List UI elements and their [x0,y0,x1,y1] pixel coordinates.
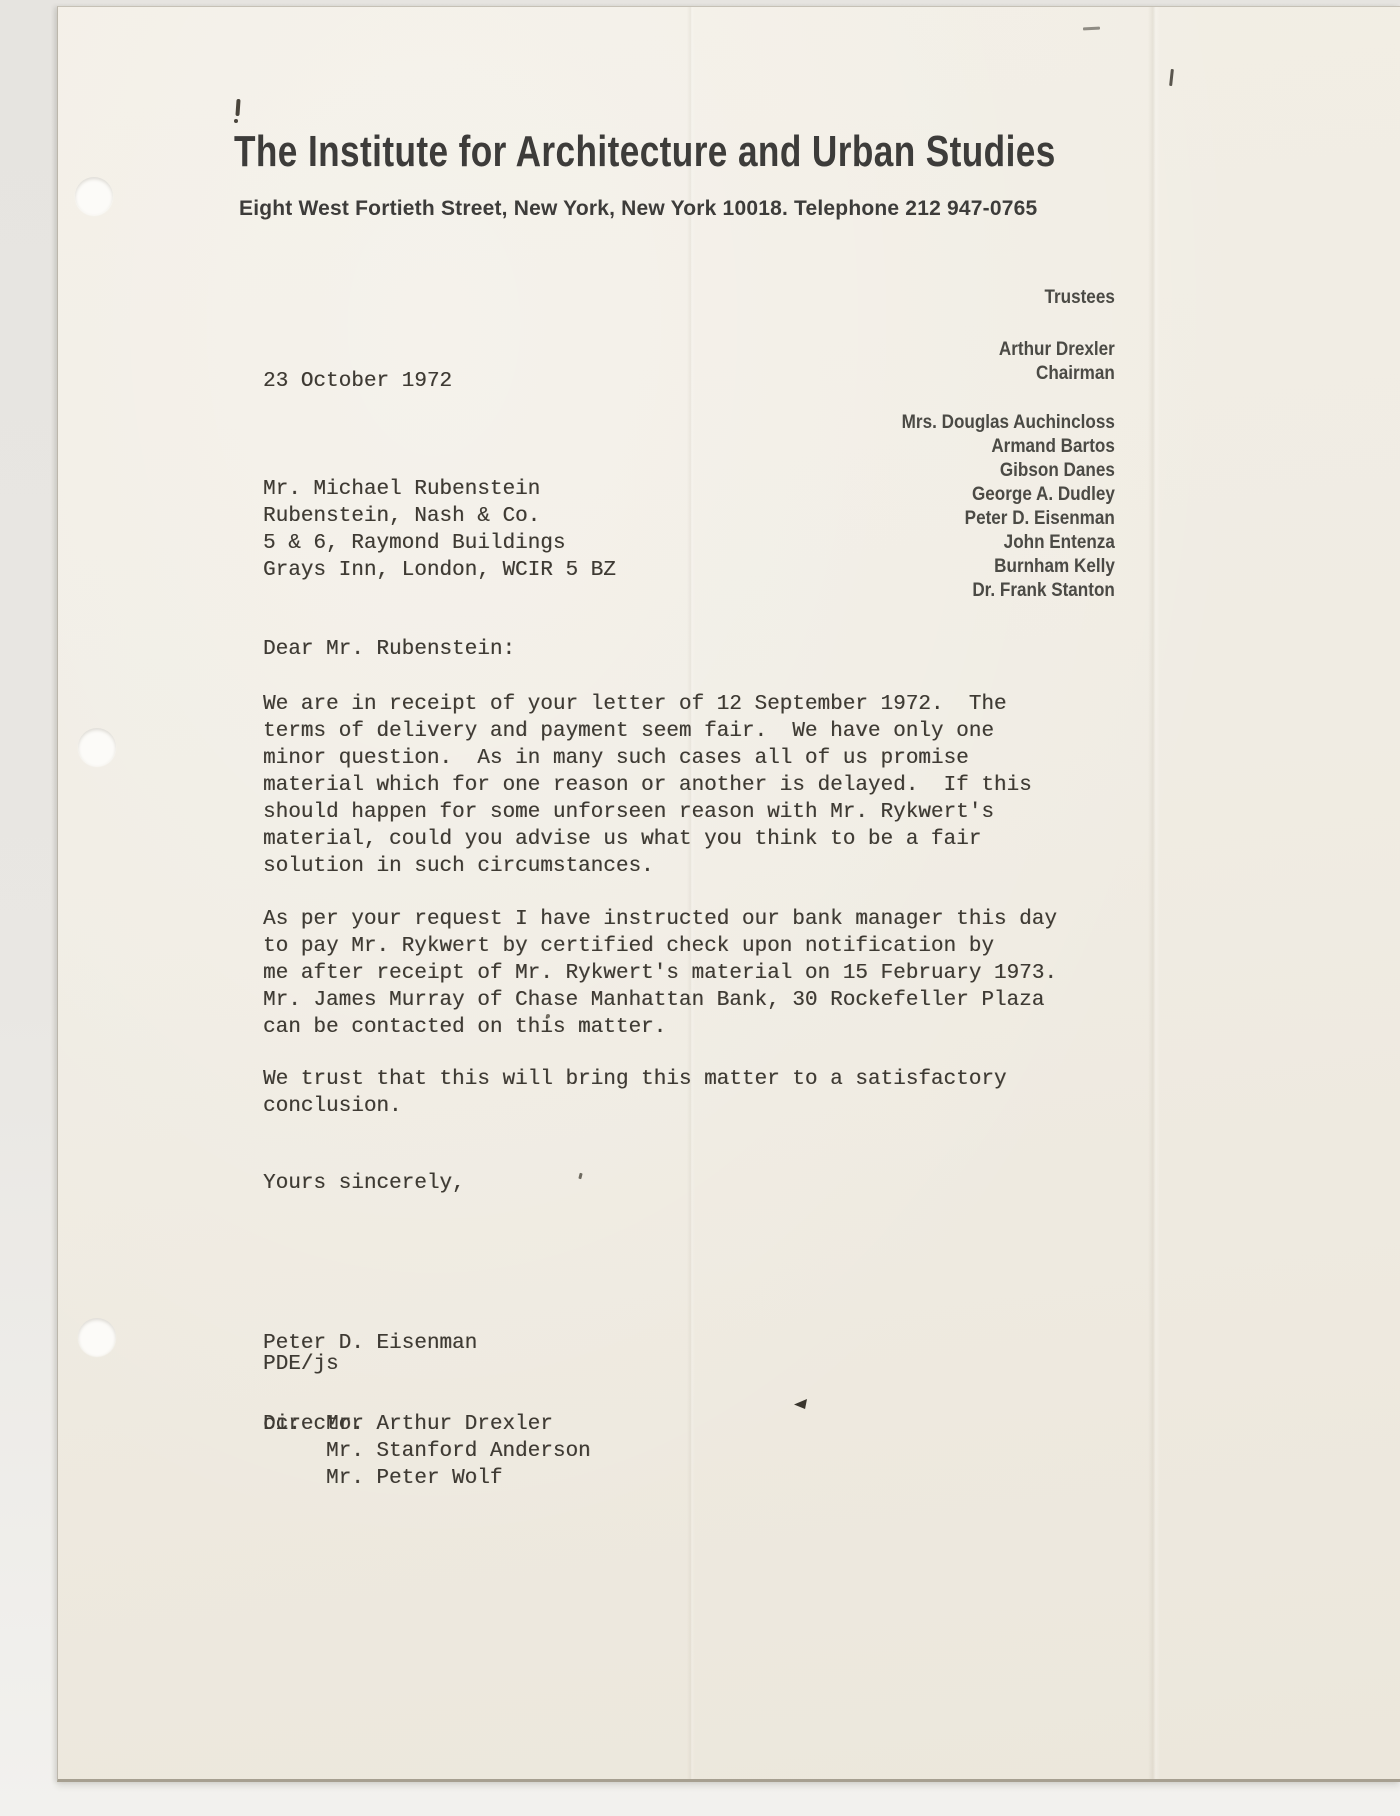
salutation: Dear Mr. Rubenstein: [263,636,515,663]
ink-speck [578,1173,582,1180]
punch-hole [78,728,116,766]
stray-pen-tick [1169,69,1174,86]
recipient-address: Mr. Michael Rubenstein Rubenstein, Nash … [263,476,616,584]
typist-reference: PDE/js [263,1351,339,1378]
scanned-letter: The Institute for Architecture and Urban… [0,0,1400,1816]
trustees-heading: Trustees [902,286,1115,310]
trustees-members: Mrs. Douglas Auchincloss Armand Bartos G… [902,411,1115,603]
body-paragraph-1: We are in receipt of your letter of 12 S… [263,691,1032,880]
letterhead-address: Eight West Fortieth Street, New York, Ne… [239,197,1037,220]
stray-pen-mark [235,99,240,116]
paper-crease [687,7,695,1779]
letter-date: 23 October 1972 [263,368,452,395]
stray-pen-mark [234,119,238,123]
chairman-title: Chairman [902,362,1115,386]
letterhead-title: The Institute for Architecture and Urban… [234,130,1056,174]
letter-page: The Institute for Architecture and Urban… [57,6,1400,1782]
paper-crease [1148,7,1160,1779]
closing: Yours sincerely, [263,1170,465,1197]
chairman-name: Arthur Drexler [902,338,1115,362]
trustees-block: Trustees Arthur Drexler Chairman Mrs. Do… [902,286,1115,603]
body-paragraph-3: We trust that this will bring this matte… [263,1066,1007,1120]
trustees-chairman: Arthur Drexler Chairman [902,338,1115,386]
cc-label: cc: [263,1411,301,1438]
punch-hole [75,177,113,215]
cc-names: Mr. Arthur Drexler Mr. Stanford Anderson… [326,1411,591,1492]
ink-blot [794,1399,807,1409]
body-paragraph-2: As per your request I have instructed ou… [263,906,1057,1041]
stray-pencil-dash [1083,27,1100,31]
punch-hole [78,1318,116,1356]
